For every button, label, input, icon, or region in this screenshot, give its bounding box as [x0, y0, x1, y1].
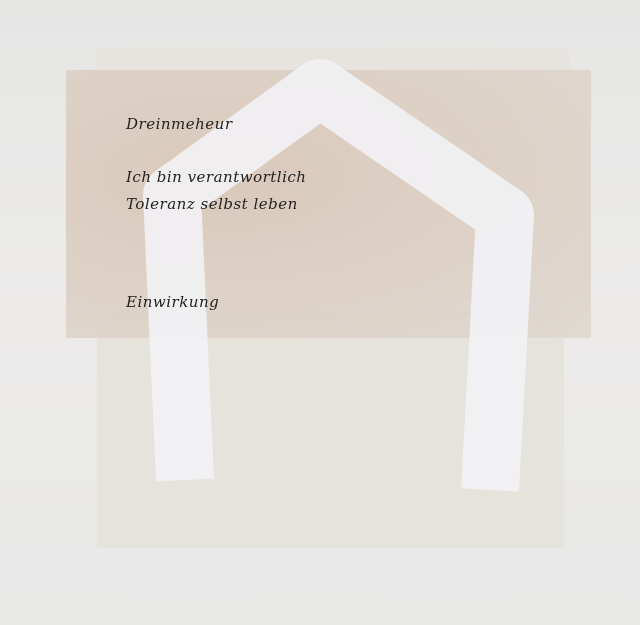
handwriting-line-3: Toleranz selbst leben [126, 195, 298, 213]
handwriting-line-4: Einwirkung [126, 293, 219, 311]
handwriting-line-1: Dreinmeheur [126, 115, 233, 133]
white-house-shape [0, 0, 640, 625]
handwriting-line-2: Ich bin verantwortlich [126, 168, 306, 186]
